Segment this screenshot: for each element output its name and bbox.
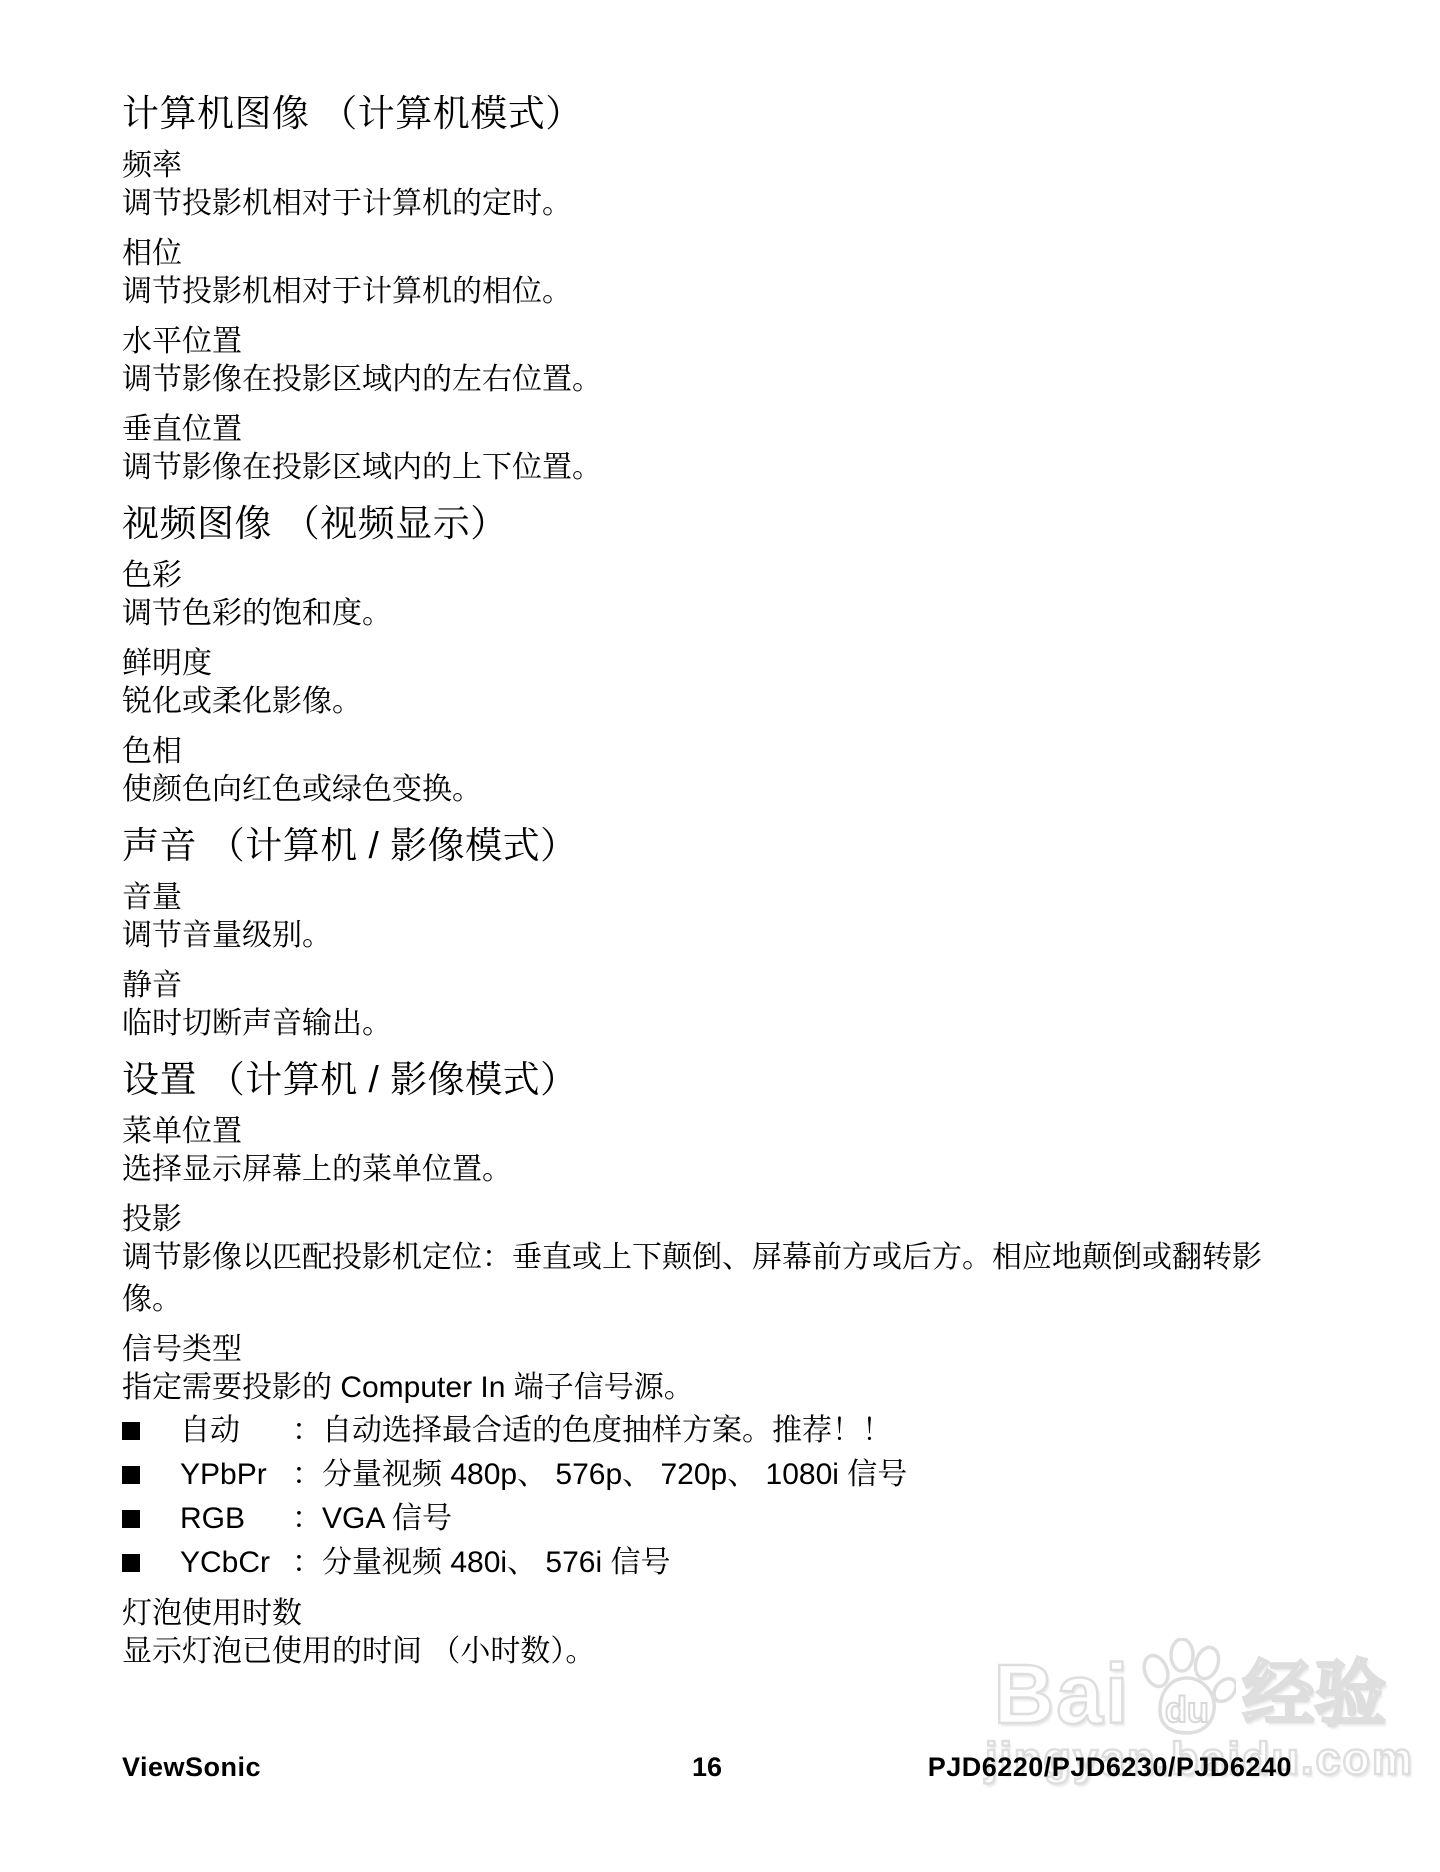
manual-content: 计算机图像 （计算机模式）频率调节投影机相对于计算机的定时。相位调节投影机相对于… [122,90,1272,1684]
bullet-square-icon [122,1554,140,1572]
section-heading: 计算机图像 （计算机模式） [122,90,1272,138]
item-description: 调节色彩的饱和度。 [122,593,1272,635]
bullet-option-label: YCbCr [180,1541,292,1585]
watermark-jingyan-text: 经验 [1242,1656,1386,1734]
item-description: 锐化或柔化影像。 [122,681,1272,723]
bullet-option-description: ：自动选择最合适的色度抽样方案。推荐！！ [292,1409,892,1453]
item-label: 投影 [122,1202,1272,1237]
menu-item: 垂直位置调节影像在投影区域内的上下位置。 [122,412,1272,489]
bullet-option-description: ：分量视频 480p、 576p、 720p、 1080i 信号 [292,1453,907,1497]
item-label: 频率 [122,148,1272,183]
bullet-item: 自动：自动选择最合适的色度抽样方案。推荐！！ [122,1409,1272,1453]
bullet-square-icon [122,1422,140,1440]
item-label: 相位 [122,236,1272,271]
menu-item: 色相使颜色向红色或绿色变换。 [122,734,1272,811]
item-label: 垂直位置 [122,412,1272,447]
item-description: 临时切断声音输出。 [122,1003,1272,1045]
item-description: 调节影像在投影区域内的上下位置。 [122,447,1272,489]
bullet-item: YPbPr：分量视频 480p、 576p、 720p、 1080i 信号 [122,1453,1272,1497]
menu-item: 水平位置调节影像在投影区域内的左右位置。 [122,324,1272,401]
footer-brand: ViewSonic [122,1752,261,1783]
item-label: 灯泡使用时数 [122,1596,1272,1631]
watermark-du-text: du [1165,1689,1209,1730]
footer-page-number: 16 [692,1752,722,1783]
item-label: 信号类型 [122,1332,1272,1367]
item-description: 指定需要投影的 Computer In 端子信号源。 [122,1367,1272,1409]
item-description: 调节投影机相对于计算机的相位。 [122,271,1272,313]
bullet-item: RGB：VGA 信号 [122,1497,1272,1541]
bullet-square-icon [122,1510,140,1528]
item-description: 使颜色向红色或绿色变换。 [122,769,1272,811]
bullet-option-label: RGB [180,1497,292,1541]
menu-item: 投影调节影像以匹配投影机定位：垂直或上下颠倒、屏幕前方或后方。相应地颠倒或翻转影… [122,1202,1272,1321]
menu-item: 静音临时切断声音输出。 [122,968,1272,1045]
section-heading: 视频图像 （视频显示） [122,500,1272,548]
item-label: 水平位置 [122,324,1272,359]
menu-item: 相位调节投影机相对于计算机的相位。 [122,236,1272,313]
bullet-square-icon [122,1466,140,1484]
menu-item: 音量调节音量级别。 [122,880,1272,957]
baidu-paw-icon: du [1132,1638,1236,1738]
section-heading: 设置 （计算机 / 影像模式） [122,1056,1272,1104]
item-label: 静音 [122,968,1272,1003]
page-footer: ViewSonic 16 PJD6220/PJD6230/PJD6240 [122,1752,1292,1783]
bullet-option-description: ：VGA 信号 [292,1497,452,1541]
menu-item: 色彩调节色彩的饱和度。 [122,558,1272,635]
item-description: 调节影像以匹配投影机定位：垂直或上下颠倒、屏幕前方或后方。相应地颠倒或翻转影像。 [122,1237,1272,1321]
item-description: 调节影像在投影区域内的左右位置。 [122,359,1272,401]
watermark-brand-line: Bai du 经验 [985,1638,1395,1734]
menu-item: 频率调节投影机相对于计算机的定时。 [122,148,1272,225]
menu-item: 信号类型指定需要投影的 Computer In 端子信号源。自动：自动选择最合适… [122,1332,1272,1585]
item-description: 调节投影机相对于计算机的定时。 [122,183,1272,225]
bullet-option-label: YPbPr [180,1453,292,1497]
manual-page: 计算机图像 （计算机模式）频率调节投影机相对于计算机的定时。相位调节投影机相对于… [0,0,1440,1872]
menu-item: 菜单位置选择显示屏幕上的菜单位置。 [122,1114,1272,1191]
section-heading: 声音 （计算机 / 影像模式） [122,822,1272,870]
bullet-option-label: 自动 [180,1409,292,1453]
item-label: 鲜明度 [122,646,1272,681]
item-description: 调节音量级别。 [122,915,1272,957]
bullet-option-description: ：分量视频 480i、 576i 信号 [292,1541,670,1585]
item-label: 菜单位置 [122,1114,1272,1149]
item-label: 音量 [122,880,1272,915]
footer-models: PJD6220/PJD6230/PJD6240 [928,1752,1292,1783]
item-description: 选择显示屏幕上的菜单位置。 [122,1149,1272,1191]
item-label: 色相 [122,734,1272,769]
bullet-item: YCbCr：分量视频 480i、 576i 信号 [122,1541,1272,1585]
item-label: 色彩 [122,558,1272,593]
watermark-bai-text: Bai [994,1654,1131,1734]
menu-item: 鲜明度锐化或柔化影像。 [122,646,1272,723]
